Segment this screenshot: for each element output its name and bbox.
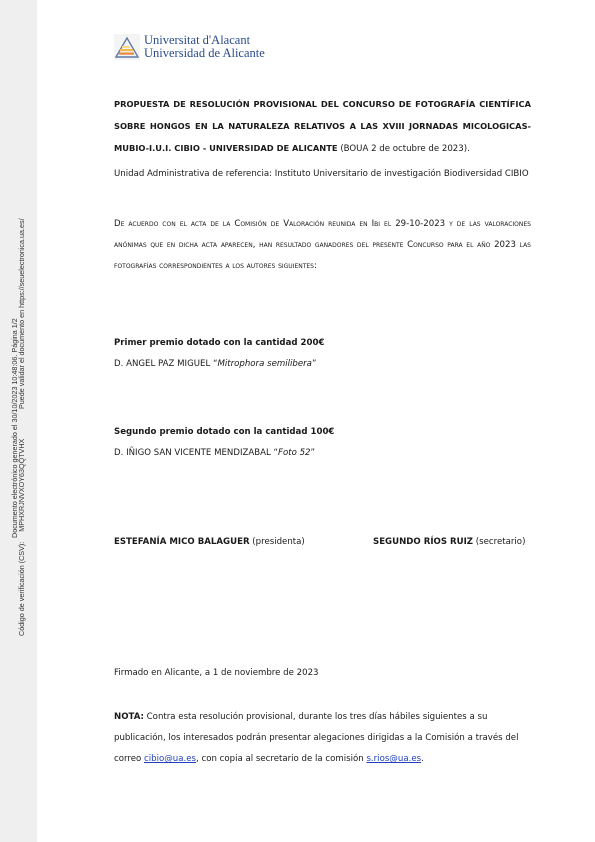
csv-code: MPHXRJNVXOY63QQTVHX xyxy=(17,439,26,532)
first-prize: Primer premio dotado con la cantidad 200… xyxy=(114,333,531,375)
intro-year: 2023 xyxy=(494,240,516,250)
note-label: NOTA: xyxy=(114,712,144,722)
note-text-3: . xyxy=(421,754,424,764)
secretary-email-link[interactable]: s.rios@ua.es xyxy=(366,754,421,764)
intro-part1: De acuerdo con el acta de la Comisión de… xyxy=(114,219,395,229)
president-role: (presidenta) xyxy=(252,537,304,547)
second-prize: Segundo premio dotado con la cantidad 10… xyxy=(114,422,531,464)
csv-label-text: Código de verificación (CSV): xyxy=(17,542,26,636)
signatory-president: ESTEFANÍA MICO BALAGUER (presidenta) xyxy=(114,537,305,547)
intro-paragraph: De acuerdo con el acta de la Comisión de… xyxy=(114,214,531,277)
university-triangle-logo-icon xyxy=(114,34,140,60)
document-title: PROPUESTA DE RESOLUCIÓN PROVISIONAL DEL … xyxy=(114,94,531,160)
first-prize-photo: Mitrophora semilibera xyxy=(217,359,312,369)
unit-text: Unidad Administrativa de referencia: Ins… xyxy=(114,164,531,185)
first-prize-heading: Primer premio dotado con la cantidad 200… xyxy=(114,333,531,354)
signed-text: Firmado en Alicante, a 1 de noviembre de… xyxy=(114,663,531,684)
logo-line-spanish: Universidad de Alicante xyxy=(144,47,265,60)
signed-place-date: Firmado en Alicante, a 1 de noviembre de… xyxy=(114,663,531,684)
secretary-role: (secretario) xyxy=(476,537,526,547)
second-prize-heading: Segundo premio dotado con la cantidad 10… xyxy=(114,422,531,443)
president-name: ESTEFANÍA MICO BALAGUER xyxy=(114,537,250,547)
administrative-unit: Unidad Administrativa de referencia: Ins… xyxy=(114,164,531,185)
second-prize-winner: D. IÑIGO SAN VICENTE MENDIZABAL xyxy=(114,448,271,458)
second-prize-photo: Foto 52 xyxy=(278,448,311,458)
validation-url-text: Puede validar el documento en https://se… xyxy=(17,218,26,409)
title-boua: (BOUA 2 de octubre de 2023). xyxy=(338,144,470,154)
note-text-2: , con copia al secretario de la comisión xyxy=(196,754,366,764)
university-logo: Universitat d'Alacant Universidad de Ali… xyxy=(114,34,265,60)
first-prize-winner: D. ANGEL PAZ MIGUEL xyxy=(114,359,210,369)
intro-date: 29-10-2023 xyxy=(395,219,445,229)
secretary-name: SEGUNDO RÍOS RUIZ xyxy=(373,537,473,547)
note-paragraph: NOTA: Contra esta resolución provisional… xyxy=(114,707,531,770)
verification-strip: Documento electrónico generado el 30/10/… xyxy=(0,0,37,842)
signatory-secretary: SEGUNDO RÍOS RUIZ (secretario) xyxy=(373,537,525,547)
csv-label: Código de verificación (CSV): MPHXRJNVXO… xyxy=(17,439,26,636)
cibio-email-link[interactable]: cibio@ua.es xyxy=(144,754,196,764)
